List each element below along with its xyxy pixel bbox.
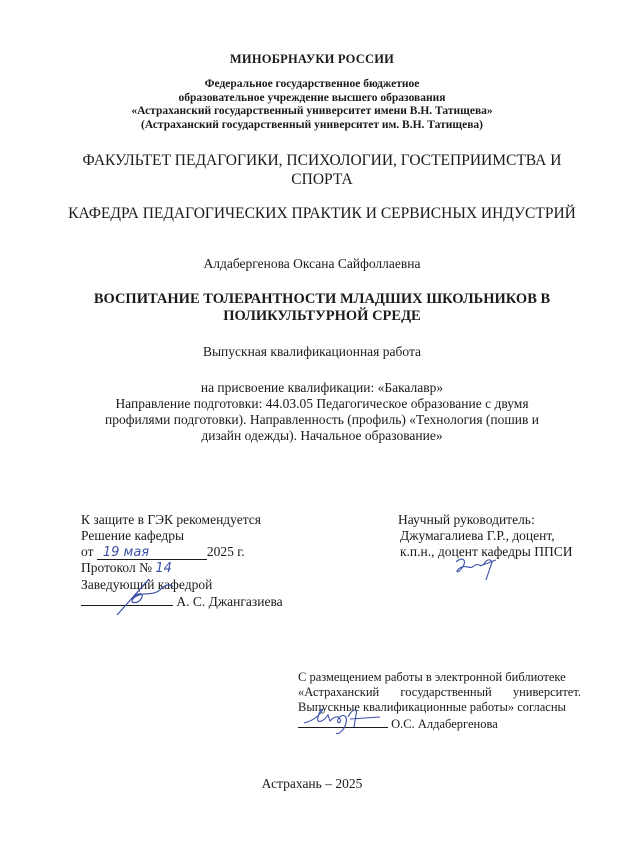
decision-text: Решение кафедры: [81, 528, 331, 544]
recommended-text: К защите в ГЭК рекомендуется: [81, 512, 331, 528]
org-line: Федеральное государственное бюджетное: [0, 78, 624, 92]
handwritten-protocol-number: 14: [155, 561, 172, 576]
supervisor-block: Научный руководитель: Джумагалиева Г.Р.,…: [398, 512, 608, 584]
date-field: 19 мая: [97, 545, 207, 560]
org-line: (Астраханский государственный университе…: [0, 119, 624, 133]
work-type: Выпускная квалификационная работа: [0, 344, 624, 360]
head-signature-line: А. С. Джангазиева: [81, 593, 331, 610]
protocol-line: Протокол № 14: [81, 560, 331, 577]
faculty-name: ФАКУЛЬТЕТ ПЕДАГОГИКИ, ПСИХОЛОГИИ, ГОСТЕП…: [60, 151, 584, 189]
consent-line: «Астраханский государственный университе…: [298, 685, 581, 700]
faculty-line: СПОРТА: [60, 170, 584, 189]
qualification-line: дизайн одежды). Начальное образование»: [75, 428, 569, 444]
signature-icon: [109, 577, 179, 617]
protocol-label: Протокол №: [81, 560, 152, 575]
supervisor-title: к.п.н., доцент кафедры ППСИ: [398, 544, 608, 560]
thesis-title: ВОСПИТАНИЕ ТОЛЕРАНТНОСТИ МЛАДШИХ ШКОЛЬНИ…: [60, 291, 584, 325]
supervisor-label: Научный руководитель:: [398, 512, 608, 528]
org-line: «Астраханский государственный университе…: [0, 105, 624, 119]
handwritten-date: 19 мая: [103, 545, 149, 560]
signature-icon: [302, 703, 382, 737]
supervisor-signature: [398, 560, 608, 584]
organization-name: Федеральное государственное бюджетное об…: [0, 78, 624, 132]
head-name: А. С. Джангазиева: [176, 594, 282, 609]
consent-name: О.С. Алдабергенова: [391, 717, 498, 731]
qualification-info: на присвоение квалификации: «Бакалавр» Н…: [75, 380, 569, 444]
author-name: Алдабергенова Оксана Сайфоллаевна: [0, 256, 624, 272]
consent-signature-field: [298, 715, 388, 728]
supervisor-name: Джумагалиева Г.Р., доцент,: [398, 528, 608, 544]
department-name: КАФЕДРА ПЕДАГОГИЧЕСКИХ ПРАКТИК И СЕРВИСН…: [40, 205, 604, 223]
signature-field: [81, 593, 173, 606]
consent-line: С размещением работы в электронной библи…: [298, 670, 581, 685]
decision-date-line: от 19 мая2025 г.: [81, 544, 331, 560]
org-line: образовательное учреждение высшего образ…: [0, 92, 624, 106]
signature-icon: [450, 554, 500, 582]
defense-approval-block: К защите в ГЭК рекомендуется Решение каф…: [81, 512, 331, 610]
qualification-line: Направление подготовки: 44.03.05 Педагог…: [75, 396, 569, 412]
qualification-line: профилями подготовки). Направленность (п…: [75, 412, 569, 428]
date-year: 2025 г.: [207, 544, 245, 559]
faculty-line: ФАКУЛЬТЕТ ПЕДАГОГИКИ, ПСИХОЛОГИИ, ГОСТЕП…: [60, 151, 584, 170]
title-line: ВОСПИТАНИЕ ТОЛЕРАНТНОСТИ МЛАДШИХ ШКОЛЬНИ…: [60, 291, 584, 308]
city-year: Астрахань – 2025: [0, 776, 624, 792]
qualification-line: на присвоение квалификации: «Бакалавр»: [75, 380, 569, 396]
consent-signature-line: О.С. Алдабергенова: [298, 715, 581, 732]
date-prefix: от: [81, 544, 93, 559]
title-line: ПОЛИКУЛЬТУРНОЙ СРЕДЕ: [60, 308, 584, 325]
ministry-heading: МИНОБРНАУКИ РОССИИ: [0, 52, 624, 67]
library-consent-block: С размещением работы в электронной библи…: [298, 670, 581, 732]
